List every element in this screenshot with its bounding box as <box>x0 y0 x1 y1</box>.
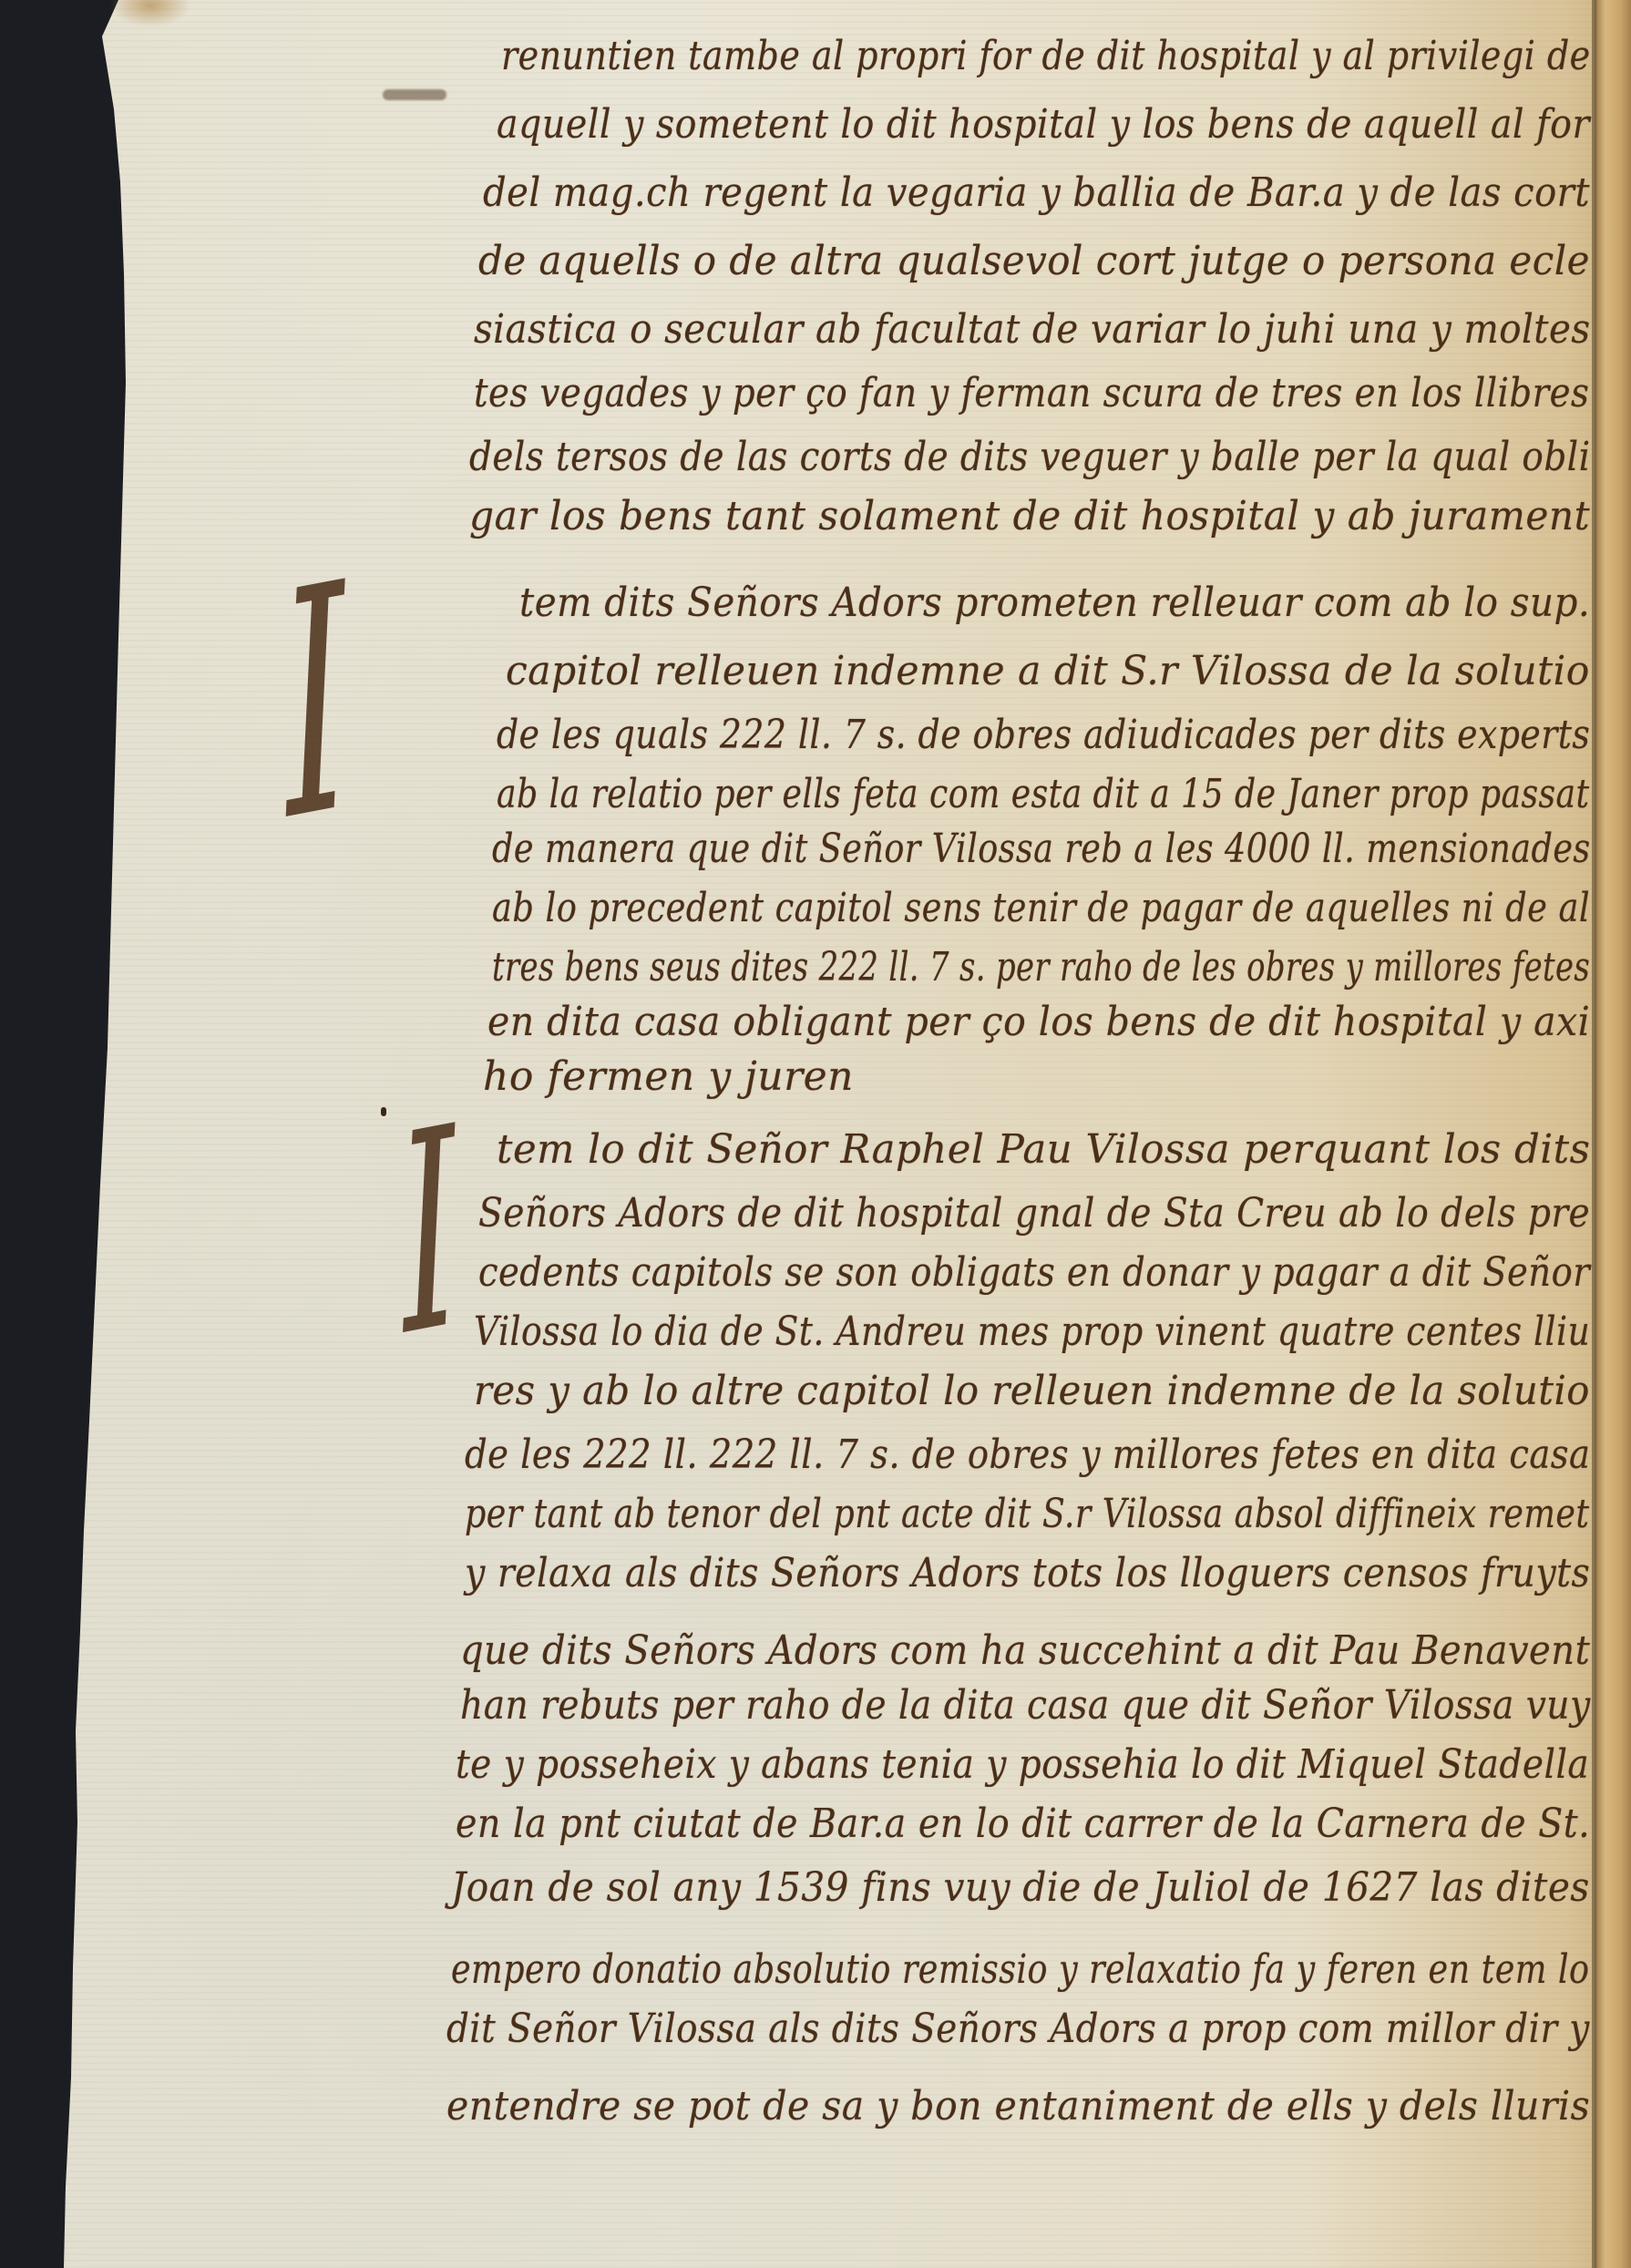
manuscript-scan: I I renuntien tambe al propri for de dit… <box>0 0 1631 2268</box>
text-line: capitol relleuen indemne a dit S.r Vilos… <box>506 652 1590 692</box>
text-line: gar los bens tant solament de dit hospit… <box>469 497 1590 537</box>
manuscript-text: renuntien tambe al propri for de dit hos… <box>0 0 1631 2268</box>
text-line: de aquells o de altra qualsevol cort jut… <box>478 241 1590 282</box>
text-line: dels tersos de las corts de dits veguer … <box>469 437 1590 477</box>
text-line: han rebuts per raho de la dita casa que … <box>460 1686 1591 1726</box>
text-line: ab la relatio per ells feta com esta dit… <box>497 775 1590 815</box>
text-line: ab lo precedent capitol sens tenir de pa… <box>492 888 1590 929</box>
text-line: tes vegades y per ço fan y ferman scura … <box>474 374 1589 414</box>
text-line: te y posseheix y abans tenia y possehia … <box>456 1745 1589 1785</box>
text-line: empero donatio absolutio remissio y rela… <box>451 1950 1589 1990</box>
text-line: de les quals 222 ll. 7 s. de obres adiud… <box>497 715 1590 755</box>
text-line: dit Señor Vilossa als dits Señors Adors … <box>446 2009 1590 2049</box>
text-line: aquell y sometent lo dit hospital y los … <box>497 105 1590 145</box>
text-line: de manera que dit Señor Vilossa reb a le… <box>492 829 1591 869</box>
text-line: cedents capitols se son obligats en dona… <box>478 1253 1590 1293</box>
text-line: Vilossa lo dia de St. Andreu mes prop vi… <box>474 1312 1590 1352</box>
text-line: que dits Señors Adors com ha succehint a… <box>460 1631 1590 1671</box>
text-line: entendre se pot de sa y bon entaniment d… <box>446 2087 1590 2127</box>
text-line: y relaxa als dits Señors Adors tots los … <box>465 1554 1590 1594</box>
text-line: renuntien tambe al propri for de dit hos… <box>501 36 1591 77</box>
text-line: siastica o secular ab facultat de variar… <box>474 310 1590 350</box>
text-line: per tant ab tenor del pnt acte dit S.r V… <box>465 1494 1589 1534</box>
text-line: ho fermen y juren <box>483 1057 854 1097</box>
text-line: del mag.ch regent la vegaria y ballia de… <box>483 173 1590 213</box>
text-line: en la pnt ciutat de Bar.a en lo dit carr… <box>456 1804 1590 1844</box>
text-line: en dita casa obligant per ço los bens de… <box>487 1002 1590 1042</box>
text-line: Señors Adors de dit hospital gnal de Sta… <box>478 1194 1590 1234</box>
text-line: de les 222 ll. 222 ll. 7 s. de obres y m… <box>465 1435 1591 1475</box>
text-line: tem dits Señors Adors prometen relleuar … <box>519 583 1590 623</box>
text-line: res y ab lo altre capitol lo relleuen in… <box>474 1371 1590 1411</box>
text-line: tem lo dit Señor Raphel Pau Vilossa perq… <box>497 1130 1590 1170</box>
text-line: tres bens seus dites 222 ll. 7 s. per ra… <box>492 948 1590 988</box>
text-line: Joan de sol any 1539 fins vuy die de Jul… <box>451 1868 1590 1908</box>
